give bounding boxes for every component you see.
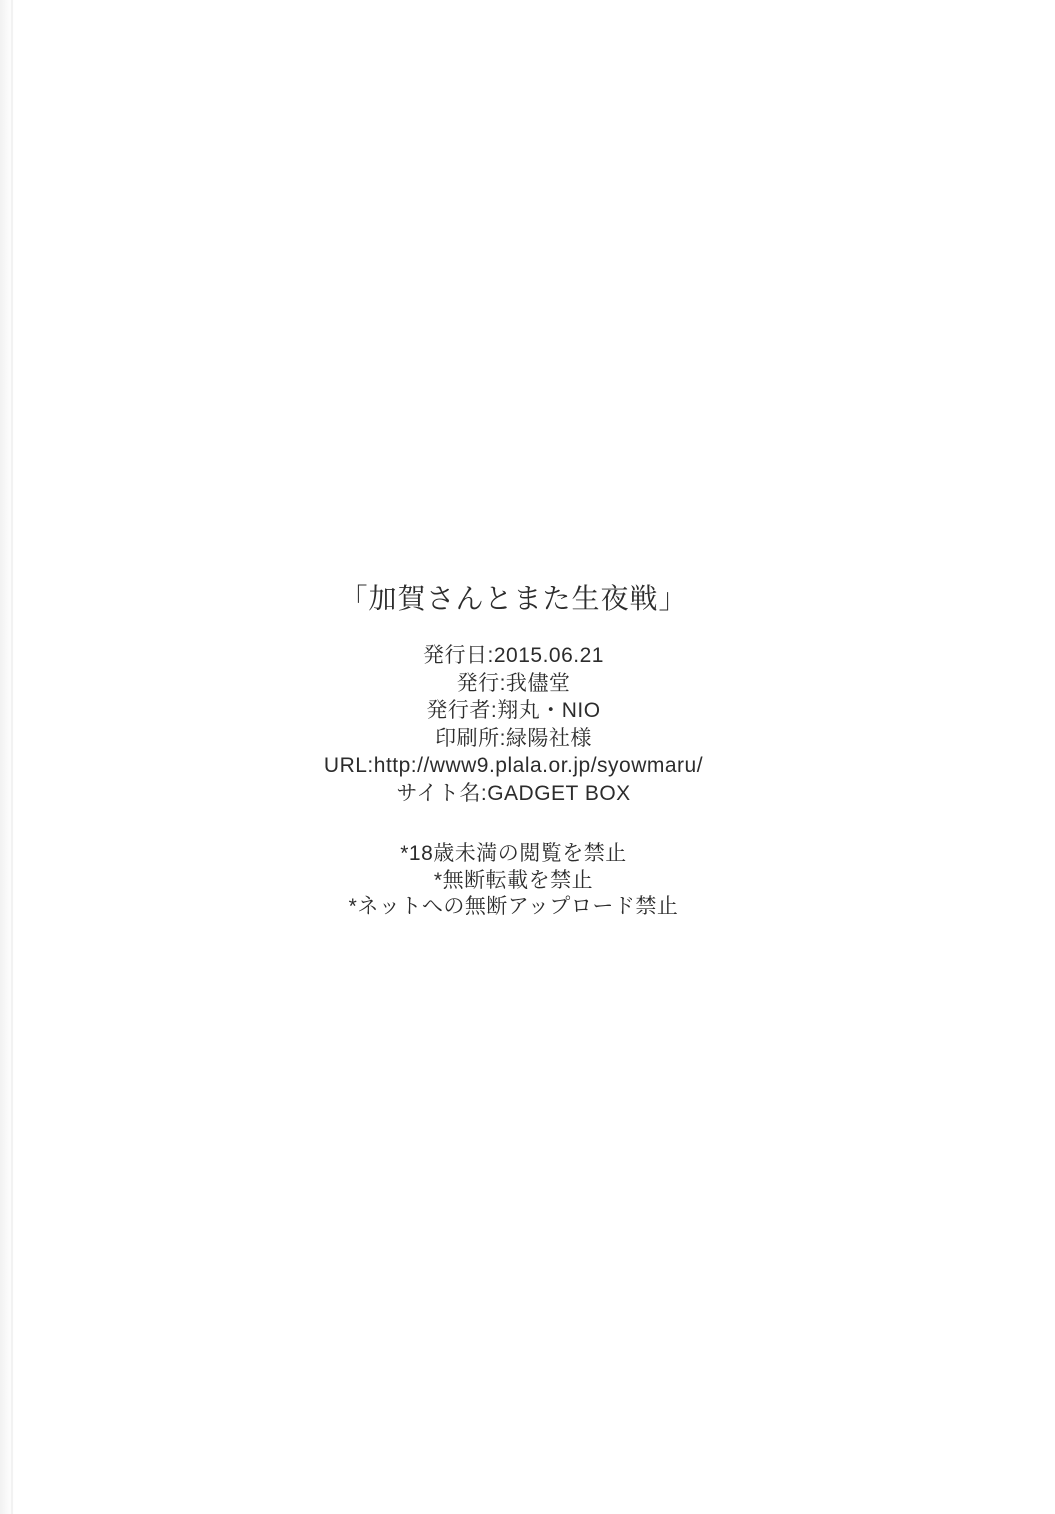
url-line: URL:http://www9.plala.or.jp/syowmaru/ bbox=[0, 752, 1041, 780]
colophon-text-block: 「加賀さんとまた生夜戦」 発行日:2015.06.21 発行:我儘堂 発行者:翔… bbox=[0, 582, 1041, 921]
site-name-line: サイト名:GADGET BOX bbox=[0, 780, 1041, 808]
restriction-reprint-line: *無断転載を禁止 bbox=[0, 868, 1041, 895]
restriction-upload-line: *ネットへの無断アップロード禁止 bbox=[0, 894, 1041, 921]
printer-line: 印刷所:緑陽社様 bbox=[0, 725, 1041, 753]
doujin-title: 「加賀さんとまた生夜戦」 bbox=[0, 582, 1041, 616]
scanned-colophon-page: 「加賀さんとまた生夜戦」 発行日:2015.06.21 発行:我儘堂 発行者:翔… bbox=[0, 0, 1055, 1514]
publish-date-line: 発行日:2015.06.21 bbox=[0, 642, 1041, 670]
restriction-age-line: *18歳未満の閲覧を禁止 bbox=[0, 841, 1041, 868]
author-line: 発行者:翔丸・NIO bbox=[0, 697, 1041, 725]
restriction-notices: *18歳未満の閲覧を禁止 *無断転載を禁止 *ネットへの無断アップロード禁止 bbox=[0, 841, 1041, 921]
blank-line-gap bbox=[0, 807, 1041, 841]
publisher-line: 発行:我儘堂 bbox=[0, 670, 1041, 698]
colophon-info: 発行日:2015.06.21 発行:我儘堂 発行者:翔丸・NIO 印刷所:緑陽社… bbox=[0, 642, 1041, 807]
